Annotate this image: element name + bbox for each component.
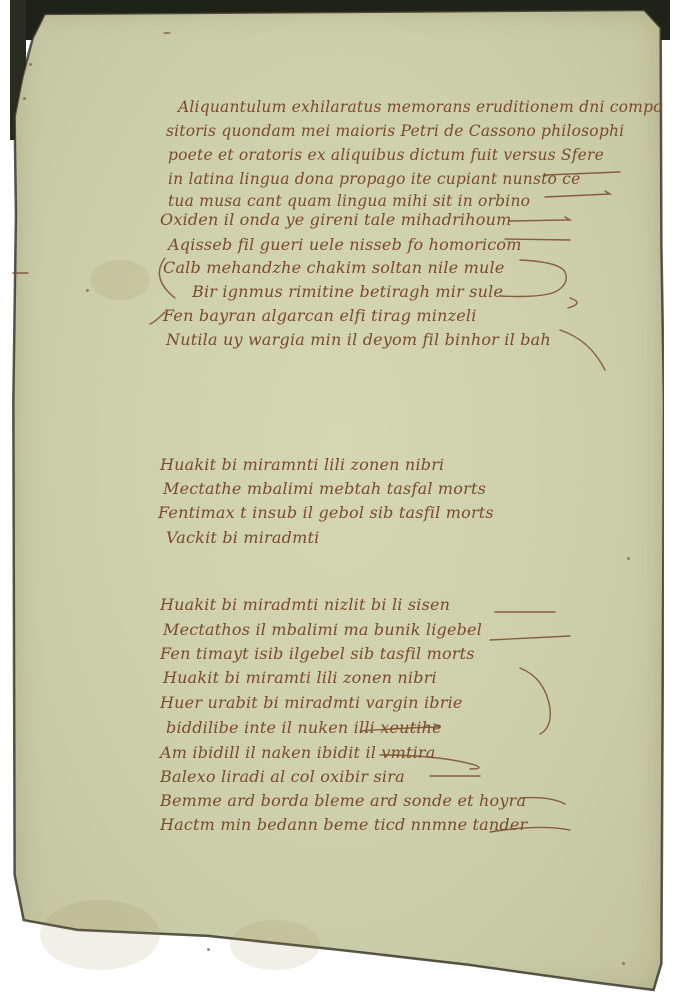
verse-line: biddilibe inte il nuken illi xeutihe	[166, 718, 442, 737]
verse-line: Calb mehandzhe chakim soltan nile mule	[163, 258, 505, 277]
prose-line: tua musa cant quam lingua mihi sit in or…	[168, 192, 530, 210]
verse-line: Bir ignmus rimitine betiragh mir sule	[192, 282, 503, 301]
verse-line: Hactm min bedann beme ticd nnmne tander	[160, 815, 527, 834]
verse-line: Mectathos il mbalimi ma bunik ligebel	[163, 620, 482, 639]
foxing-spot	[23, 97, 26, 100]
verse-line: Oxiden il onda ye gireni tale mihadrihou…	[160, 210, 511, 229]
verse-line: Balexo liradi al col oxibir sira	[160, 767, 405, 786]
verse-line: Fen bayran algarcan elfi tirag minzeli	[163, 306, 477, 325]
prose-line: Aliquantulum exhilaratus memorans erudit…	[178, 98, 663, 116]
foxing-spot	[29, 63, 32, 66]
verse-line: Vackit bi miradmti	[166, 528, 319, 547]
foxing-spot	[622, 962, 625, 965]
prose-line: poete et oratoris ex aliquibus dictum fu…	[168, 146, 604, 164]
verse-line: Fen timayt isib ilgebel sib tasfil morts	[160, 644, 475, 663]
verse-line: Aqisseb fil gueri uele nisseb fo homoric…	[168, 235, 522, 254]
foxing-spot	[86, 289, 89, 292]
verse-line: Bemme ard borda bleme ard sonde et hoyra	[160, 791, 526, 810]
prose-line: in latina lingua dona propago ite cupian…	[168, 170, 580, 188]
verse-line: Huakit bi miramti lili zonen nibri	[163, 668, 437, 687]
foxing-spot	[163, 32, 171, 34]
verse-line: Fentimax t insub il gebol sib tasfil mor…	[158, 503, 494, 522]
paper-stain	[230, 920, 320, 970]
verse-line: Nutila uy wargia min il deyom fil binhor…	[166, 330, 551, 349]
verse-line: Huakit bi miramnti lili zonen nibri	[160, 455, 444, 474]
foxing-spot	[207, 948, 210, 951]
paper-stain	[40, 900, 160, 970]
verse-line: Huakit bi miradmti nizlit bi li sisen	[160, 595, 450, 614]
paper-stain	[90, 260, 150, 300]
foxing-spot	[627, 557, 630, 560]
verse-line: Mectathe mbalimi mebtah tasfal morts	[163, 479, 486, 498]
verse-line: Am ibidill il naken ibidit il vmtira	[160, 743, 436, 762]
verse-line: Huer urabit bi miradmti vargin ibrie	[160, 693, 463, 712]
prose-line: sitoris quondam mei maioris Petri de Cas…	[166, 122, 624, 140]
